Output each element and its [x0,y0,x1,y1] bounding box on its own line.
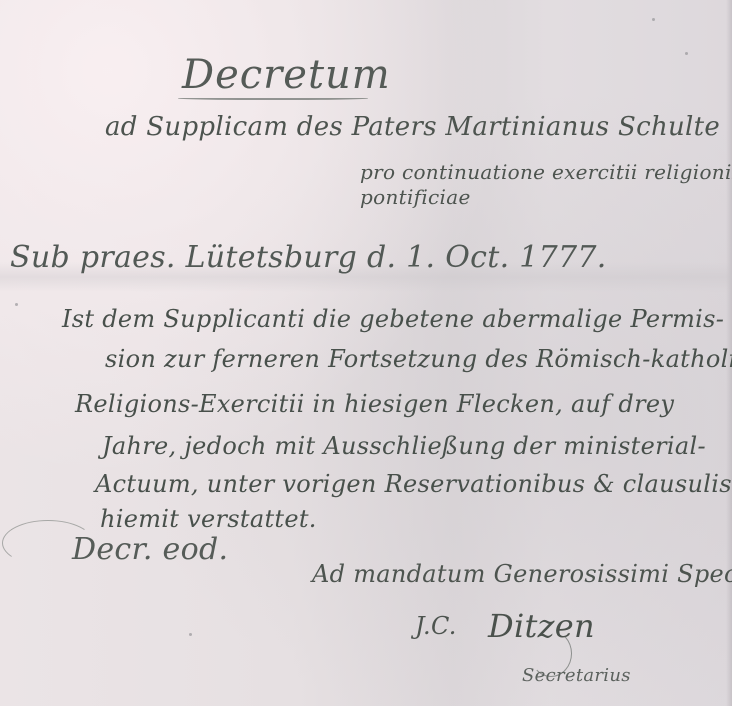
body-text-line: sion zur ferneren Fortsetzung des Römisc… [105,345,732,373]
body-text-line: hiemit verstattet. [100,505,317,533]
body-text-line: Actuum, unter vorigen Reservationibus & … [95,470,732,498]
document-address: ad Supplicam des Paters Martinianus Schu… [105,112,720,142]
heading-flourish [178,96,368,100]
signature-initials: J.C. [415,612,457,640]
mandate-line: Ad mandatum Generosissimi Speciale [312,560,732,588]
body-text-line: Ist dem Supplicanti die gebetene abermal… [62,305,724,333]
document-closing: Decr. eod. [72,532,228,567]
document-subject-line: pro continuatione exercitii religionis [360,160,732,184]
document-subject-line: pontificiae [360,185,471,209]
body-text-line: Religions-Exercitii in hiesigen Flecken,… [75,390,674,418]
paper-speck [685,52,688,55]
body-text-line: Jahre, jedoch mit Ausschließung der mini… [102,432,706,460]
document-dateline: Sub praes. Lütetsburg d. 1. Oct. 1777. [10,240,607,275]
paper-speck [652,18,655,21]
paper-speck [189,633,192,636]
paper-speck [15,303,18,306]
signature-title: Secretarius [522,665,631,686]
document-heading: Decretum [182,52,391,98]
